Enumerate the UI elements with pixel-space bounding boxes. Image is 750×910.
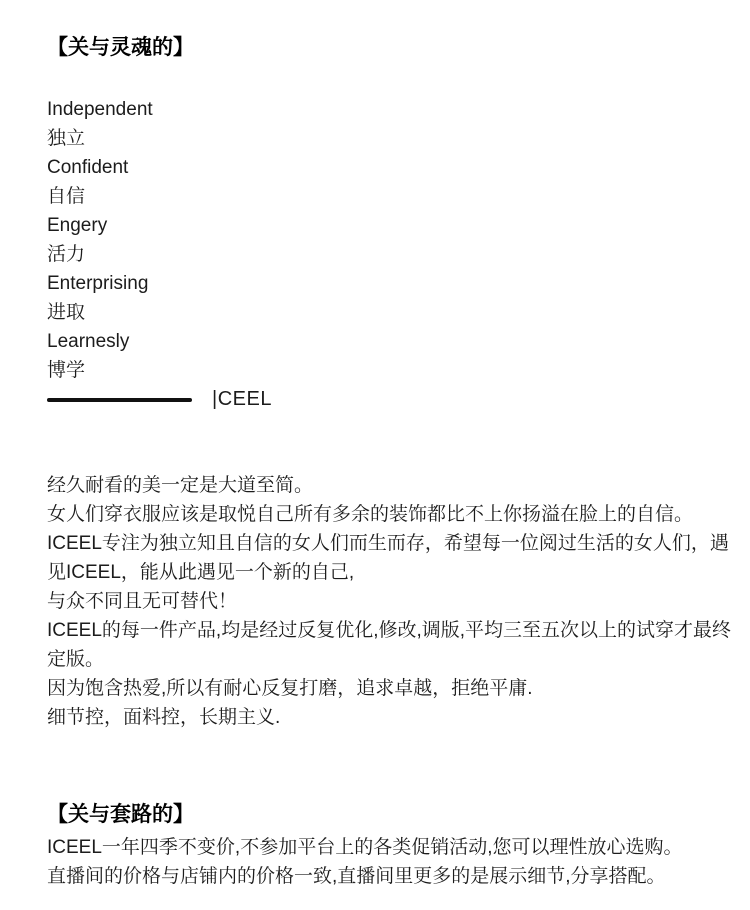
story-line: 与众不同且无可替代！	[47, 587, 710, 616]
pricing-policy-paragraph: ICEEL一年四季不变价,不参加平台上的各类促销活动,您可以理性放心选购。 直播…	[47, 833, 710, 891]
brand-trait-list: Independent 独立 Confident 自信 Engery 活力 En…	[47, 95, 710, 385]
trait-enterprising-en: Enterprising	[47, 269, 710, 298]
trait-energy-en: Engery	[47, 211, 710, 240]
story-line: ICEEL专注为独立知且自信的女人们而生而存，希望每一位阅过生活的女人们，遇	[47, 529, 710, 558]
trait-learned-en: Learnesly	[47, 327, 710, 356]
trait-independent-zh: 独立	[47, 124, 710, 153]
trait-confident-en: Confident	[47, 153, 710, 182]
brand-story-paragraph: 经久耐看的美一定是大道至简。 女人们穿衣服应该是取悦自己所有多余的装饰都比不上你…	[47, 471, 710, 732]
story-line: 见ICEEL，能从此遇见一个新的自己,	[47, 558, 710, 587]
story-line: 因为饱含热爱,所以有耐心反复打磨，追求卓越，拒绝平庸.	[47, 674, 710, 703]
promo-line: 直播间的价格与店铺内的价格一致,直播间里更多的是展示细节,分享搭配。	[47, 862, 710, 891]
story-line: 女人们穿衣服应该是取悦自己所有多余的装饰都比不上你扬溢在脸上的自信。	[47, 500, 710, 529]
brand-wordmark: |CEEL	[212, 385, 272, 414]
soul-section-heading: 【关与灵魂的】	[47, 35, 710, 60]
story-line: ICEEL的每一件产品,均是经过反复优化,修改,调版,平均三至五次以上的试穿才最…	[47, 616, 710, 645]
brand-signature-row: |CEEL	[47, 385, 710, 414]
story-line: 定版。	[47, 645, 710, 674]
trait-confident-zh: 自信	[47, 182, 710, 211]
promo-line: ICEEL一年四季不变价,不参加平台上的各类促销活动,您可以理性放心选购。	[47, 833, 710, 862]
trait-energy-zh: 活力	[47, 240, 710, 269]
trait-learned-zh: 博学	[47, 356, 710, 385]
trait-enterprising-zh: 进取	[47, 298, 710, 327]
brand-divider-line	[47, 398, 192, 402]
product-description-page: 【关与灵魂的】 Independent 独立 Confident 自信 Enge…	[0, 0, 750, 910]
promo-section-heading: 【关与套路的】	[47, 802, 710, 827]
trait-independent-en: Independent	[47, 95, 710, 124]
story-line: 细节控，面料控，长期主义.	[47, 703, 710, 732]
story-line: 经久耐看的美一定是大道至简。	[47, 471, 710, 500]
